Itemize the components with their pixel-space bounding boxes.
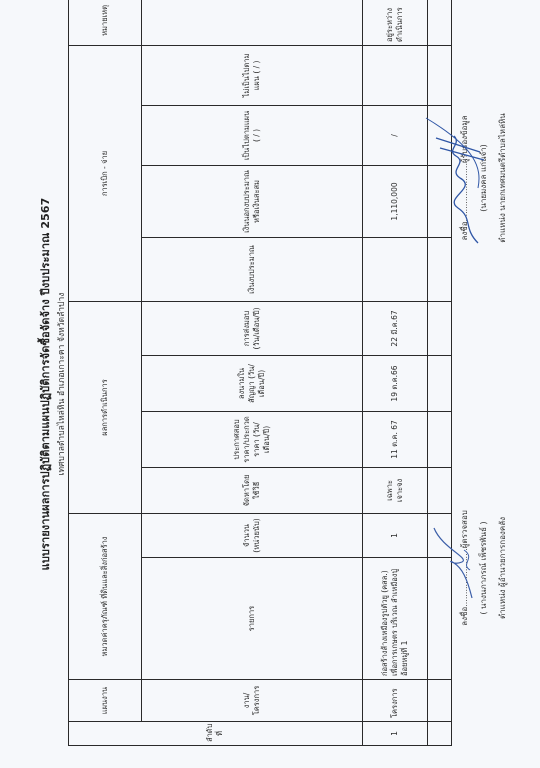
cell-plan-project: โครงการ (362, 680, 427, 722)
cell-method: เฉพาะเจาะจง (362, 467, 427, 513)
report-page: แบบรายงานผลการปฏิบัติตามแผนปฏิบัติการจัด… (0, 0, 540, 768)
header-on-plan: เป็นไปตามแผน ( / ) (142, 105, 362, 165)
header-budget: เงินงบประมาณ (142, 237, 362, 301)
page-title: แบบรายงานผลการปฏิบัติตามแผนปฏิบัติการจัด… (36, 0, 54, 768)
header-plan-project: งาน/โครงการ (142, 680, 362, 722)
header-result: ผลการดำเนินการ (69, 301, 142, 513)
header-delivery-date: การส่งมอบ (วัน/เดือน/ปี) (142, 301, 362, 355)
header-row-sub: งาน/โครงการ รายการ จำนวน (หน่วยนับ) จัดห… (142, 0, 362, 746)
cell-item: ก่อสร้างส้างเหมืองรูปตัวยู (คสล.) เพื่อก… (362, 558, 427, 680)
header-contract-date: ลงนามในสัญญา (วัน/เดือน/ปี) (142, 355, 362, 411)
signature-mark-checker (432, 498, 482, 608)
cell-remark: อยู่ระหว่างดำเนินการ (362, 0, 427, 45)
cell-delivery-date: 22 มี.ค.67 (362, 301, 427, 355)
header-off-plan: ไม่เป็นไปตามแผน ( / ) (142, 45, 362, 105)
header-announce-date: ประกาศสอบราคา/ประกวดราคา (วัน/เดือน/ปี) (142, 411, 362, 467)
cell-contract-date: 19 ต.ค.66 (362, 355, 427, 411)
signer-position-certifier: ตำแหน่ง นายกเทศมนตรีตำบลไหล่หิน (496, 58, 509, 298)
procurement-report-table: ลำดับที่ แผนงาน หมวดค่าครุภัณฑ์ ที่ดินแล… (68, 0, 452, 746)
header-plan: แผนงาน (69, 680, 142, 722)
header-disbursement: การเบิก - จ่าย (69, 45, 142, 301)
header-asset: หมวดค่าครุภัณฑ์ ที่ดินและสิ่งก่อสร้าง (69, 513, 142, 679)
document-viewer: แบบรายงานผลการปฏิบัติตามแผนปฏิบัติการจัด… (0, 0, 540, 768)
cell-seq: 1 (362, 722, 427, 746)
header-remark-sub (142, 0, 362, 45)
cell-announce-date: 11 ต.ค. 67 (362, 411, 427, 467)
cell-quantity: 1 (362, 513, 427, 557)
header-seq: ลำดับที่ (69, 722, 363, 746)
header-remark: หมายเหตุ (69, 0, 142, 45)
signer-position-checker: ตำแหน่ง ผู้อำนวยการกองคลัง (496, 458, 509, 678)
header-off-budget: เงินนอกงบประมาณหรือเงินสะสม (142, 165, 362, 237)
cell-off-plan (362, 45, 427, 105)
signature-mark-certifier (418, 108, 488, 248)
header-method: จัดหาโดยใช้วิธี (142, 467, 362, 513)
header-row-group: ลำดับที่ แผนงาน หมวดค่าครุภัณฑ์ ที่ดินแล… (69, 0, 142, 746)
page-subtitle: เทศบาลตำบลไหล่หิน อำเภอเกาะคา จังหวัดลำป… (54, 0, 68, 768)
header-quantity: จำนวน (หน่วยนับ) (142, 513, 362, 557)
header-item: รายการ (142, 558, 362, 680)
